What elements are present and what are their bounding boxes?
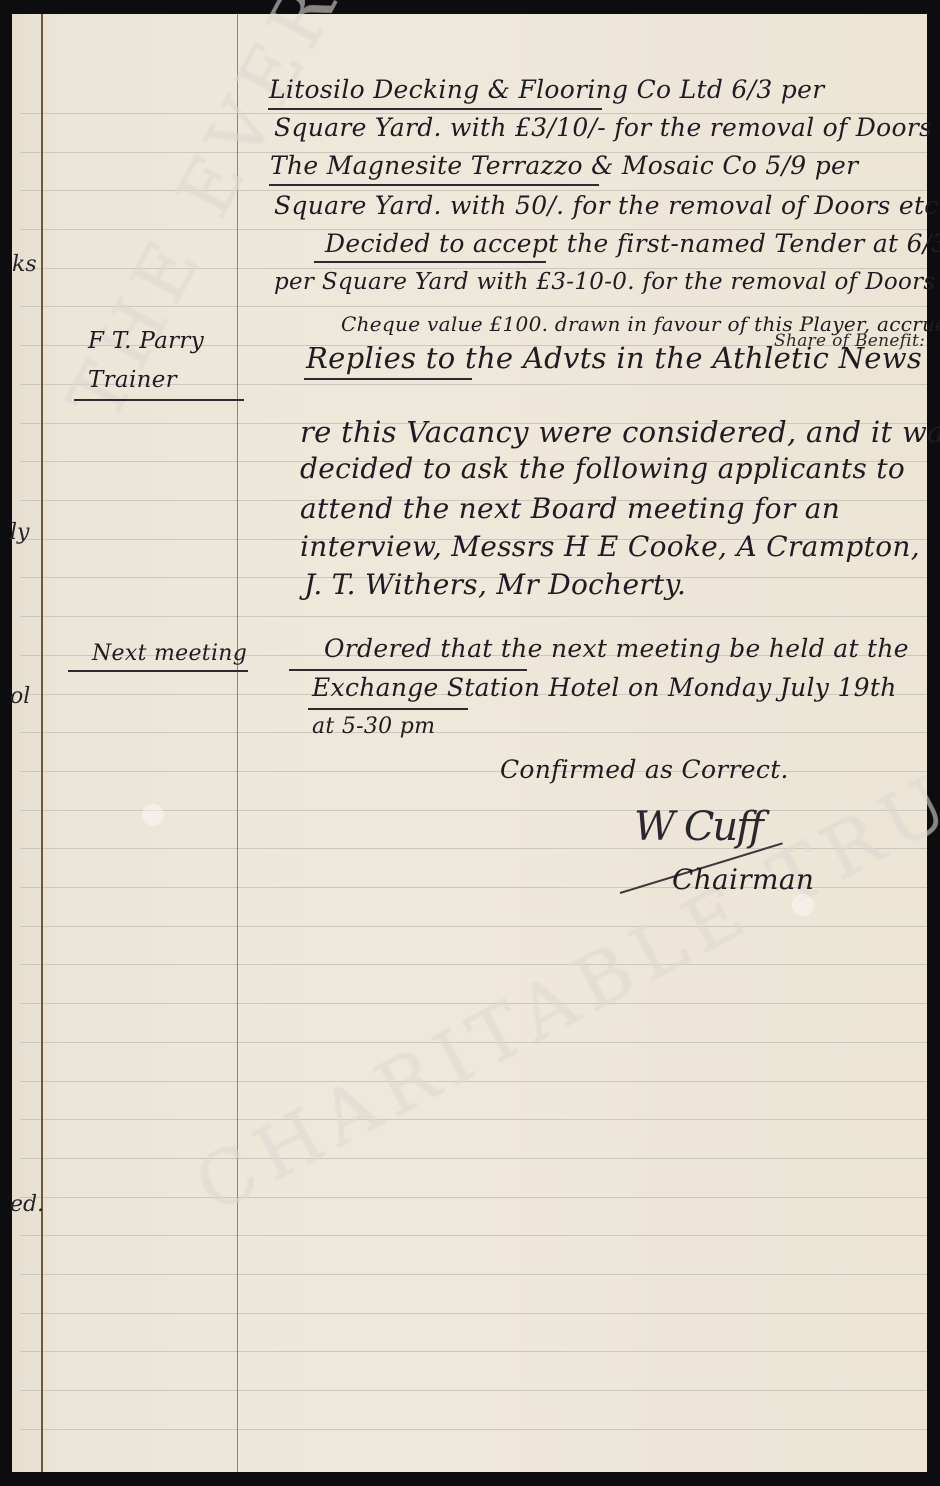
body-line: Litosilo Decking & Flooring Co Ltd 6/3 p… xyxy=(269,76,824,104)
watermark-dot xyxy=(142,804,164,826)
body-line: at 5-30 pm xyxy=(312,713,435,741)
ruled-line xyxy=(20,1313,927,1314)
body-line: decided to ask the following applicants … xyxy=(300,455,905,483)
body-line: per Square Yard with £3-10-0. for the re… xyxy=(274,268,940,296)
body-line: The Magnesite Terrazzo & Mosaic Co 5/9 p… xyxy=(270,152,858,180)
ruled-line xyxy=(20,1429,927,1430)
confirmation-text: Confirmed as Correct. xyxy=(500,756,789,784)
ruled-line xyxy=(20,732,927,733)
heading-underline xyxy=(68,670,248,672)
body-line: attend the next Board meeting for an xyxy=(300,495,840,523)
edge-fragment: ly xyxy=(10,520,29,545)
body-line: Square Yard. with £3/10/- for the remova… xyxy=(274,114,940,142)
body-line: J. T. Withers, Mr Docherty. xyxy=(304,571,686,599)
ruled-line xyxy=(20,964,927,965)
ruled-line xyxy=(20,1274,927,1275)
text-underline xyxy=(289,669,527,671)
signature-title: Chairman xyxy=(672,866,814,894)
edge-fragment: ol xyxy=(10,684,30,709)
heading-underline xyxy=(74,399,244,401)
margin-heading-parry-name: F T. Parry xyxy=(88,327,204,355)
ruled-line xyxy=(20,616,927,617)
ruled-line xyxy=(20,1351,927,1352)
text-underline xyxy=(314,261,546,263)
edge-fragment: ks xyxy=(12,252,37,277)
ruled-line xyxy=(20,1390,927,1391)
red-margin-line xyxy=(237,14,238,1472)
text-underline xyxy=(269,184,599,186)
body-line: Decided to accept the first-named Tender… xyxy=(325,230,940,258)
body-line: Exchange Station Hotel on Monday July 19… xyxy=(312,674,897,702)
ruled-line xyxy=(20,771,927,772)
ledger-page: THE EVERTON COLLECTION CHARITABLE TRUST … xyxy=(12,14,927,1472)
edge-fragment: ed. xyxy=(10,1192,44,1217)
text-underline xyxy=(304,378,472,380)
margin-heading-next-meeting: Next meeting xyxy=(92,640,247,668)
ruled-line xyxy=(20,1235,927,1236)
ruled-line xyxy=(20,1119,927,1120)
body-line: Ordered that the next meeting be held at… xyxy=(324,635,909,663)
margin-heading-parry-role: Trainer xyxy=(88,366,177,394)
body-line: interview, Messrs H E Cooke, A Crampton, xyxy=(300,533,920,561)
ruled-line xyxy=(20,1158,927,1159)
ruled-line xyxy=(20,1197,927,1198)
body-line: re this Vacancy were considered, and it … xyxy=(300,418,940,446)
watermark-dot xyxy=(792,894,814,916)
text-underline xyxy=(268,108,602,110)
binding-edge-line xyxy=(41,14,43,1472)
signature: W Cuff xyxy=(634,804,762,850)
body-line: Replies to the Advts in the Athletic New… xyxy=(306,344,922,372)
text-underline xyxy=(308,708,468,710)
body-line: Square Yard. with 50/. for the removal o… xyxy=(274,192,939,220)
